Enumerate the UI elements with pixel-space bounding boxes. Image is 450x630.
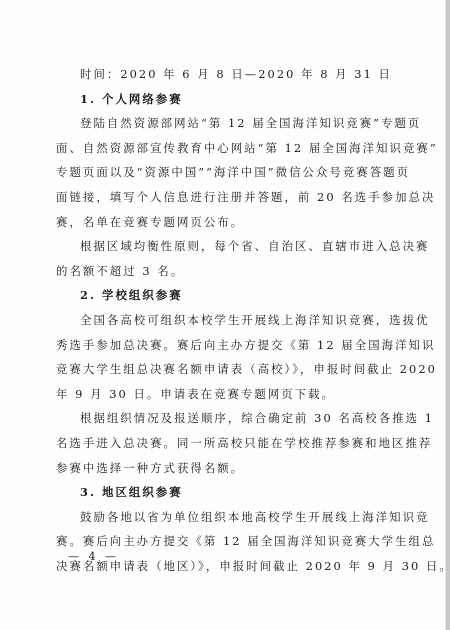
paragraph-line: 面、自然资源部宣传教育中心网站“第 12 届全国海洋知识竞赛” [56,136,388,161]
section-heading-region: 3. 地区组织参赛 [56,480,388,505]
paragraph-line: 参赛中选择一种方式获得名额。 [56,456,388,481]
paragraph-line: 全国各高校可组织本校学生开展线上海洋知识竞赛，选拔优 [56,308,388,333]
paragraph-line: 名选手进入总决赛。同一所高校只能在学校推荐参赛和地区推荐 [56,431,388,456]
page-number: — 4 — [68,550,119,563]
time-line: 时间：2020 年 6 月 8 日—2020 年 8 月 31 日 [56,62,388,87]
paragraph-line: 登陆自然资源部网站“第 12 届全国海洋知识竞赛”专题页 [56,111,388,136]
paragraph-line: 根据组织情况及报送顺序，综合确定前 30 名高校各推选 1 [56,406,388,431]
paragraph-line: 根据区域均衡性原则，每个省、自治区、直辖市进入总决赛 [56,234,388,259]
paragraph-line: 秀选手参加总决赛。赛后向主办方提交《第 12 届全国海洋知识 [56,333,388,358]
paragraph-line: 竞赛大学生组总决赛名额申请表（高校）》，申报时间截止 2020 [56,357,388,382]
section-heading-individual: 1. 个人网络参赛 [56,87,388,112]
paragraph-line: 专题页面以及“资源中国”“海洋中国”微信公众号竞赛答题页 [56,160,388,185]
paragraph-line: 年 9 月 30 日。申请表在竞赛专题网页下载。 [56,382,388,407]
document-page: 时间：2020 年 6 月 8 日—2020 年 8 月 31 日 1. 个人网… [0,0,446,630]
viewer-scroll-edge[interactable] [446,0,450,630]
paragraph-line: 鼓励各地以省为单位组织本地高校学生开展线上海洋知识竞 [56,505,388,530]
document-body: 时间：2020 年 6 月 8 日—2020 年 8 月 31 日 1. 个人网… [56,62,388,578]
paragraph-line: 面链接，填写个人信息进行注册并答题，前 20 名选手参加总决 [56,185,388,210]
paragraph-line: 的名额不超过 3 名。 [56,259,388,284]
paragraph-line: 赛，名单在竞赛专题网页公布。 [56,210,388,235]
section-heading-school: 2. 学校组织参赛 [56,283,388,308]
